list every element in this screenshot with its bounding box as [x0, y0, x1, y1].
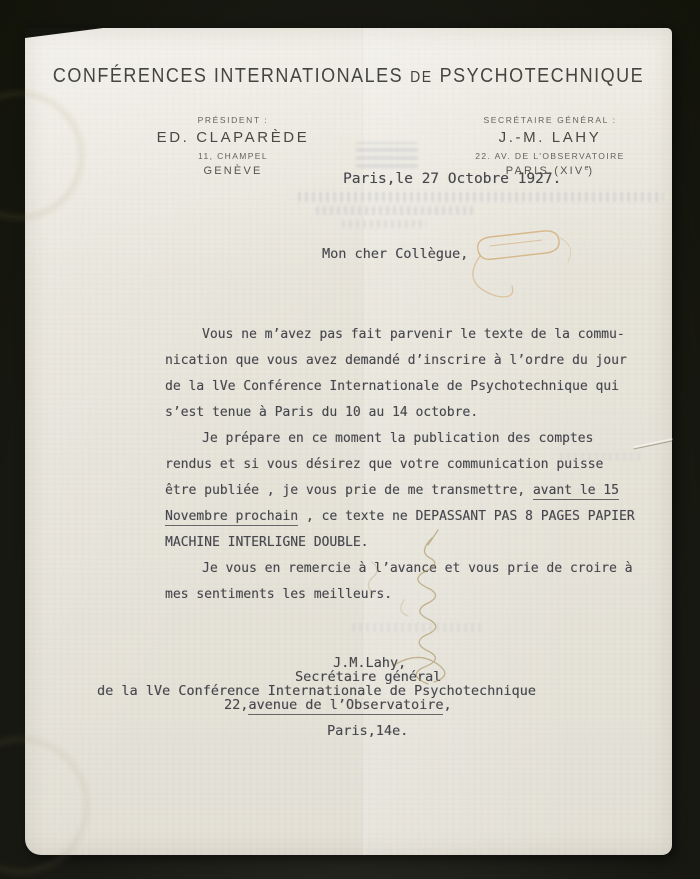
underlined-text: Novembre prochain [165, 509, 298, 526]
bleedthrough-smudge [352, 623, 482, 632]
typed-text: s’est tenue à Paris du 10 au 14 octobre. [165, 405, 478, 420]
secretary-name: J.-M. LAHY [450, 129, 650, 146]
bleedthrough-smudge [298, 192, 663, 202]
president-name: ED. CLAPARÈDE [133, 129, 333, 146]
typed-text: MACHINE INTERLIGNE DOUBLE. [165, 535, 369, 550]
underlined-text: avenue de l’Observatoire [248, 697, 443, 715]
letter-body: Vous ne m’avez pas fait parvenir le text… [165, 322, 635, 608]
president-address: 11, CHAMPEL [133, 151, 333, 161]
typed-line: de la lVe Conférence Internationale de P… [165, 374, 635, 400]
letterhead-president-block: PRÉSIDENT : ED. CLAPARÈDE 11, CHAMPEL GE… [133, 115, 333, 177]
signature-address: 22,avenue de l’Observatoire, [224, 698, 452, 712]
secretary-city-paren: ) [588, 165, 594, 177]
typed-text: de la lVe Conférence Internationale de P… [165, 379, 619, 394]
typed-text: rendus et si vous désirez que votre comm… [165, 457, 603, 472]
stamp-ghost-smudge [356, 142, 418, 168]
letterhead-title: CONFÉRENCES INTERNATIONALESDEPSYCHOTECHN… [25, 64, 672, 88]
typed-line: rendus et si vous désirez que votre comm… [165, 452, 635, 478]
letterhead-title-main: CONFÉRENCES INTERNATIONALES [53, 64, 403, 86]
letterhead-secretary-block: SECRÉTAIRE GÉNÉRAL : J.-M. LAHY 22. AV. … [450, 115, 650, 177]
underlined-text: avant le 15 [533, 483, 619, 500]
typed-text: 22, [224, 697, 248, 713]
typed-text: mes sentiments les meilleurs. [165, 587, 392, 602]
president-city: GENÈVE [133, 165, 333, 177]
typed-text: Je vous en remercie à l’avance et vous p… [202, 561, 632, 576]
typed-line: Novembre prochain , ce texte ne DEPASSAN… [165, 504, 635, 530]
signature-city: Paris,14e. [327, 724, 408, 738]
typed-text: Je prépare en ce moment la publication d… [202, 431, 593, 446]
bleedthrough-smudge [316, 206, 476, 215]
president-label: PRÉSIDENT : [133, 115, 333, 125]
letterhead-title-de: DE [403, 67, 439, 85]
secretary-address: 22. AV. DE L'OBSERVATOIRE [450, 151, 650, 161]
typed-line: Vous ne m’avez pas fait parvenir le text… [165, 322, 635, 348]
typed-text: nication que vous avez demandé d’inscrir… [165, 353, 627, 368]
signature-name: J.M.Lahy, [333, 656, 406, 670]
typed-line: mes sentiments les meilleurs. [165, 582, 635, 608]
signature-role: Secrétaire général [295, 670, 441, 684]
typed-line: être publiée , je vous prie de me transm… [165, 478, 635, 504]
bleedthrough-smudge [342, 220, 427, 228]
typed-text: être publiée , je vous prie de me transm… [165, 483, 533, 498]
dateline: Paris,le 27 Octobre 1927. [343, 171, 561, 187]
scan-background: { "scan": { "background_color": "#14150f… [0, 0, 700, 879]
typed-line: Je prépare en ce moment la publication d… [165, 426, 635, 452]
salutation: Mon cher Collègue, [322, 246, 468, 262]
secretary-label: SECRÉTAIRE GÉNÉRAL : [450, 115, 650, 125]
typed-line: Je vous en remercie à l’avance et vous p… [165, 556, 635, 582]
letterhead-title-end: PSYCHOTECHNIQUE [440, 64, 645, 86]
typed-line: s’est tenue à Paris du 10 au 14 octobre. [165, 400, 635, 426]
paper-corner-cut [25, 28, 103, 38]
typed-line: nication que vous avez demandé d’inscrir… [165, 348, 635, 374]
typed-text: , ce texte ne DEPASSANT PAS 8 PAGES PAPI… [298, 509, 635, 524]
signature-organization: de la lVe Conférence Internationale de P… [97, 684, 536, 698]
typed-line: MACHINE INTERLIGNE DOUBLE. [165, 530, 635, 556]
typed-text: Vous ne m’avez pas fait parvenir le text… [202, 327, 625, 342]
typed-text: , [443, 697, 451, 713]
